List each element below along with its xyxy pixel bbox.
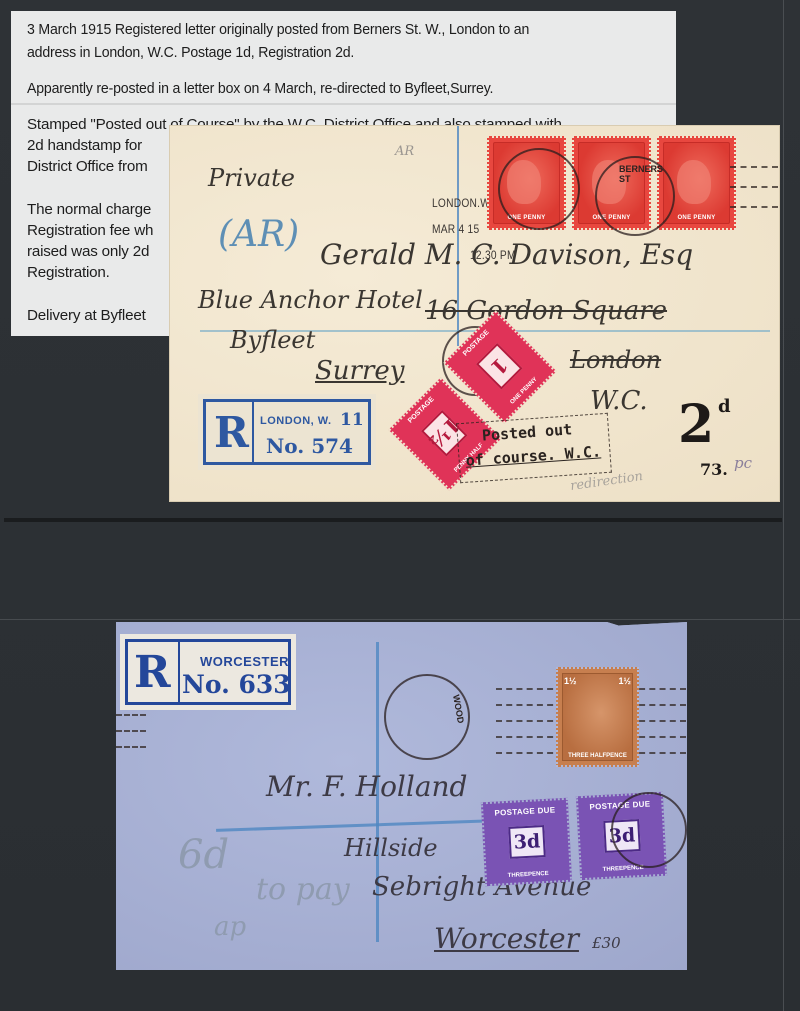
price-note: £30 bbox=[592, 934, 621, 952]
page-edge-line bbox=[783, 0, 784, 1011]
album-page: 3 March 1915 Registered letter originall… bbox=[0, 0, 800, 1011]
description-line: Registration. bbox=[27, 263, 110, 283]
description-line: raised was only 2d bbox=[27, 242, 149, 262]
description-line: Apparently re-posted in a letter box on … bbox=[27, 79, 493, 99]
to-pay-note: to pay bbox=[256, 872, 350, 907]
redirect-line3: Surrey bbox=[315, 356, 405, 386]
ar-pencil-note: AR bbox=[395, 144, 414, 159]
charge-code: 73. bbox=[700, 460, 728, 479]
machine-cancel-wave bbox=[730, 206, 778, 208]
original-street: 16 Gordon Square bbox=[425, 296, 667, 326]
stamp-three-halfpence: 1½ 1½ THREE HALFPENCE bbox=[556, 667, 639, 767]
redirect-line2: Byfleet bbox=[230, 326, 315, 354]
redirect-line1: Blue Anchor Hotel bbox=[198, 286, 423, 314]
ap-note: ap bbox=[214, 912, 246, 942]
charge-mark-suffix: d bbox=[718, 396, 731, 417]
due-note: 6d bbox=[178, 832, 229, 878]
machine-cancel-wave bbox=[730, 166, 778, 168]
cover-1-envelope: AR Private (AR) LONDON.W.C. MAR 4 15 12.… bbox=[170, 126, 779, 501]
berners-postmark: BERNERS ST bbox=[595, 156, 675, 236]
description-line: 2d handstamp for bbox=[27, 136, 142, 156]
machine-cancel-line2: MAR 4 15 bbox=[432, 222, 479, 236]
posted-out-of-course-handstamp: Posted out of course. W.C. bbox=[456, 413, 612, 483]
address-line4: Worcester bbox=[434, 922, 579, 955]
original-city: London bbox=[570, 346, 661, 374]
address-line2: Hillside bbox=[344, 834, 438, 862]
charge-mark-2d: 2 bbox=[678, 394, 714, 455]
machine-cancel-wave bbox=[730, 186, 778, 188]
machine-cancel-wave bbox=[116, 730, 146, 732]
divider bbox=[11, 103, 676, 105]
addressee-name: Gerald M. C. Davison, Esq bbox=[320, 238, 693, 271]
strip-divider-line bbox=[0, 619, 800, 620]
ar-blue-note: (AR) bbox=[218, 214, 299, 255]
pencil-mark: pc bbox=[734, 454, 752, 472]
registration-label: R LONDON, W. 11 No. 574 bbox=[198, 394, 376, 470]
description-line: address in London, W.C. Postage 1d, Regi… bbox=[27, 43, 354, 63]
description-line: Delivery at Byfleet bbox=[27, 306, 146, 326]
postage-due-3d: POSTAGE DUE 3d THREEPENCE bbox=[481, 798, 572, 886]
registration-crossline-horizontal bbox=[216, 819, 496, 832]
strip-divider bbox=[4, 518, 782, 522]
registration-label: R WORCESTER No. 633 bbox=[120, 634, 296, 710]
berners-postmark bbox=[498, 148, 580, 230]
description-line: 3 March 1915 Registered letter originall… bbox=[27, 20, 529, 40]
wood-postmark: WOOD bbox=[384, 674, 470, 760]
machine-cancel-wave bbox=[116, 746, 146, 748]
due-postmark bbox=[611, 792, 687, 868]
description-line: The normal charge bbox=[27, 200, 151, 220]
cover-2-envelope: R WORCESTER No. 633 WOOD 1½ 1½ THREE HAL… bbox=[116, 622, 687, 970]
original-district: W.C. bbox=[590, 386, 648, 416]
addressee-name: Mr. F. Holland bbox=[266, 770, 467, 803]
description-line: Registration fee wh bbox=[27, 221, 153, 241]
machine-cancel-wave bbox=[116, 714, 146, 716]
description-line: District Office from bbox=[27, 157, 148, 177]
private-note: Private bbox=[208, 164, 295, 192]
